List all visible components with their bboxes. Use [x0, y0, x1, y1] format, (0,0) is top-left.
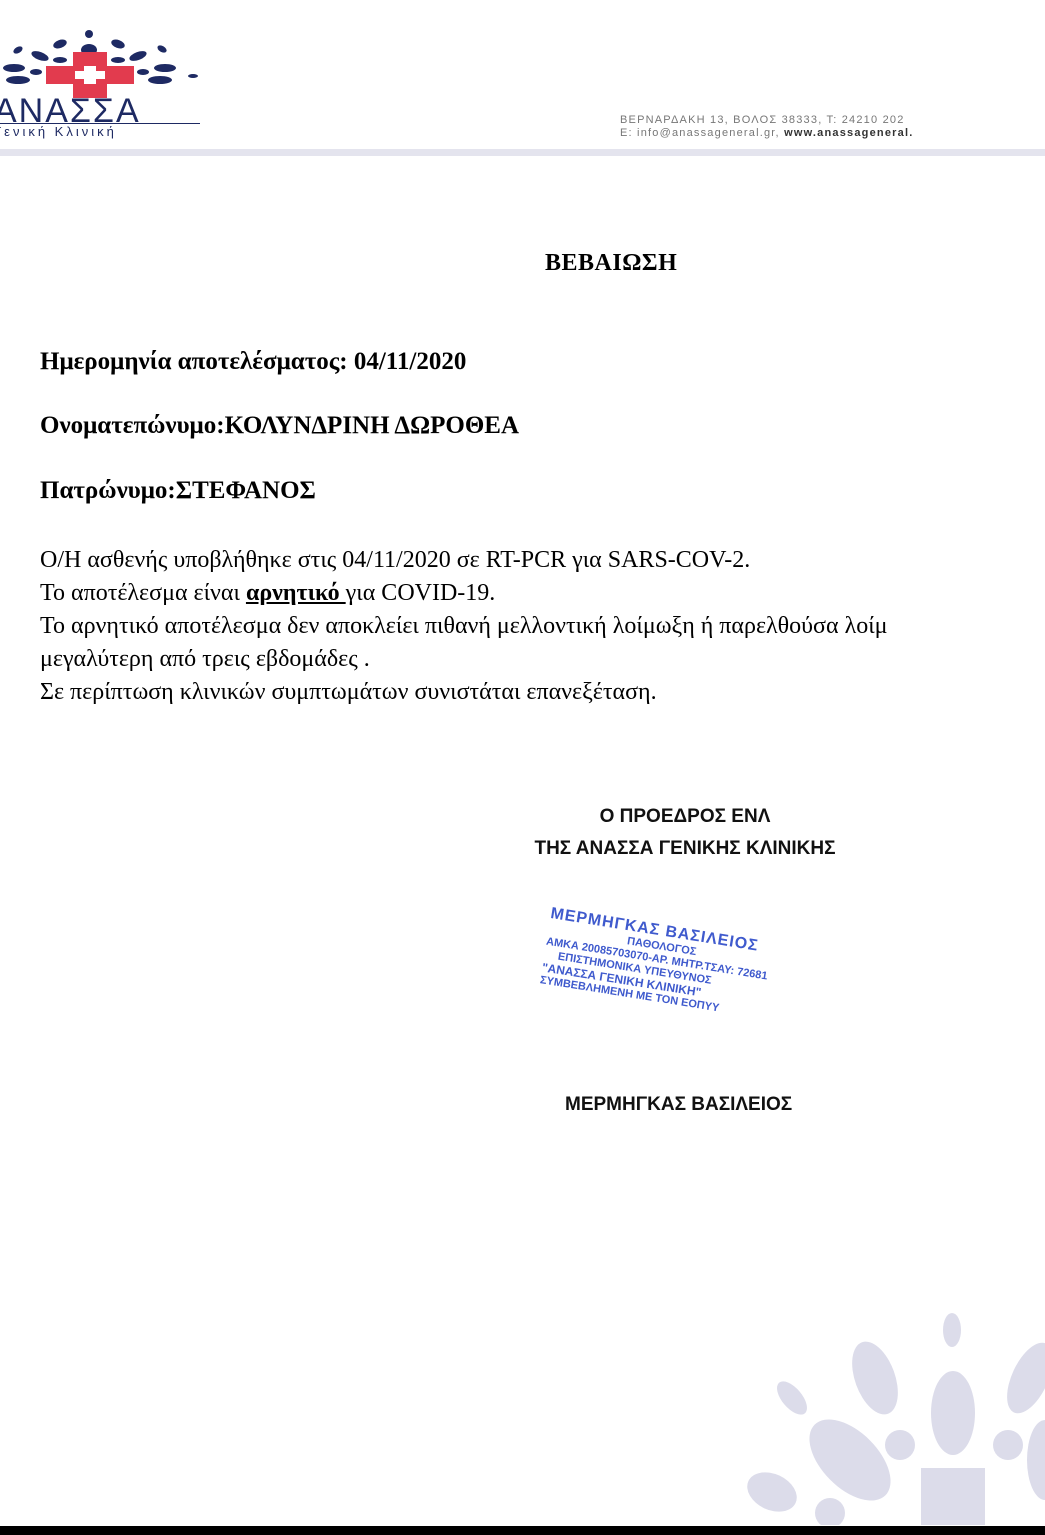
result-date-field: Ημερομηνία αποτελέσματος: 04/11/2020 [40, 348, 466, 376]
logo-subtitle: Γενική Κλινική [0, 124, 117, 139]
statement-line-3: Το αρνητικό αποτέλεσμα δεν αποκλείει πιθ… [40, 610, 888, 643]
signer-name: ΜΕΡΜΗΓΚΑΣ ΒΑΣΙΛΕΙΟΣ [565, 1094, 792, 1116]
statement-line-2: Το αποτέλεσμα είναι αρνητικό για COVID-1… [40, 577, 888, 610]
fullname-field: Ονοματεπώνυμο:ΚΟΛΥΝΔΡΙΝΗ ΔΩΡΟΘΕΑ [40, 412, 519, 440]
result-value: αρνητικό [246, 580, 346, 606]
document-title: ΒΕΒΑΙΩΣΗ [545, 250, 677, 277]
signature-title-line-1: Ο ΠΡΟΕΔΡΟΣ ΕΝΛ [480, 806, 890, 828]
email-text: E: info@anassageneral.gr, [620, 127, 784, 139]
watermark-emblem-icon [740, 1300, 1045, 1525]
result-date-value: 04/11/2020 [354, 348, 467, 375]
result-suffix: για COVID-19. [346, 580, 496, 606]
result-date-label: Ημερομηνία αποτελέσματος: [40, 348, 354, 375]
address-line: ΒΕΡΝΑΡΔΑΚΗ 13, ΒΟΛΟΣ 38333, Τ: 24210 202 [620, 114, 913, 127]
statement-line-5: Σε περίπτωση κλινικών συμπτωμάτων συνιστ… [40, 676, 888, 709]
email-web-line: E: info@anassageneral.gr, www.anassagene… [620, 127, 913, 140]
signature-title-line-2: ΤΗΣ ΑΝΑΣΣΑ ΓΕΝΙΚΗΣ ΚΛΙΝΙΚΗΣ [480, 838, 890, 860]
bottom-bar [0, 1526, 1045, 1535]
header-divider [0, 149, 1045, 156]
father-name-field: Πατρώνυμο:ΣΤΕΦΑΝΟΣ [40, 477, 316, 505]
statement-line-1: Ο/Η ασθενής υποβλήθηκε στις 04/11/2020 σ… [40, 544, 888, 577]
result-statement: Ο/Η ασθενής υποβλήθηκε στις 04/11/2020 σ… [40, 544, 888, 709]
website-text: www.anassageneral. [784, 127, 913, 139]
contact-info: ΒΕΡΝΑΡΔΑΚΗ 13, ΒΟΛΟΣ 38333, Τ: 24210 202… [620, 114, 913, 140]
result-prefix: Το αποτέλεσμα είναι [40, 580, 246, 606]
fullname-value: ΚΟΛΥΝΔΡΙΝΗ ΔΩΡΟΘΕΑ [225, 412, 519, 439]
fullname-label: Ονοματεπώνυμο: [40, 412, 225, 439]
father-name-value: ΣΤΕΦΑΝΟΣ [176, 477, 316, 504]
doctor-stamp: ΜΕΡΜΗΓΚΑΣ ΒΑΣΙΛΕΙΟΣ ΠΑΘΟΛΟΓΟΣ ΑΜΚΑ 20085… [539, 905, 809, 1028]
statement-line-4: μεγαλύτερη από τρεις εβδομάδες . [40, 643, 888, 676]
father-name-label: Πατρώνυμο: [40, 477, 176, 504]
